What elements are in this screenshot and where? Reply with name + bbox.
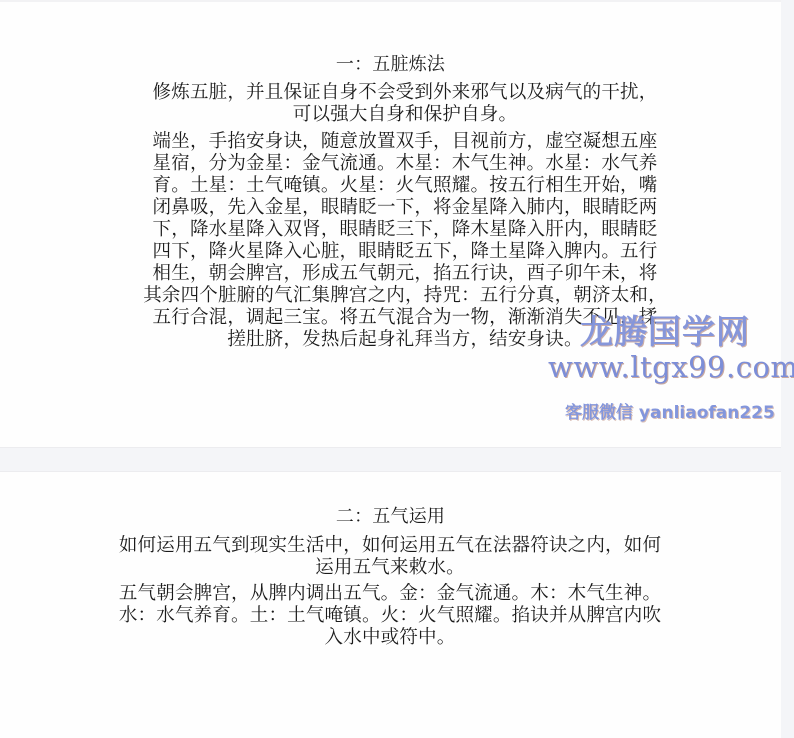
section-card-2: 二：五气运用 如何运用五气到现实生活中，如何运用五气在法器符诀之内，如何 运用五… [0, 471, 781, 738]
watermark-wechat: 客服微信 yanliaofan225 [565, 398, 775, 423]
watermark-url: www.ltgx99.com [548, 350, 794, 384]
watermark-site-name: 龙腾国学网 [580, 306, 750, 353]
section-2-title: 二：五气运用 [0, 506, 781, 528]
section-1-intro: 修炼五脏，并且保证自身不会受到外来邪气以及病气的干扰， 可以强大自身和保护自身。 [130, 82, 680, 126]
section-2-intro: 如何运用五气到现实生活中，如何运用五气在法器符诀之内，如何 运用五气来敕水。 [80, 535, 700, 579]
divider [0, 0, 781, 2]
section-1-title: 一：五脏炼法 [0, 54, 781, 76]
section-2-body: 五气朝会脾宫，从脾内调出五气。金：金气流通。木：木气生神。 水：水气养育。土：土… [80, 583, 700, 649]
